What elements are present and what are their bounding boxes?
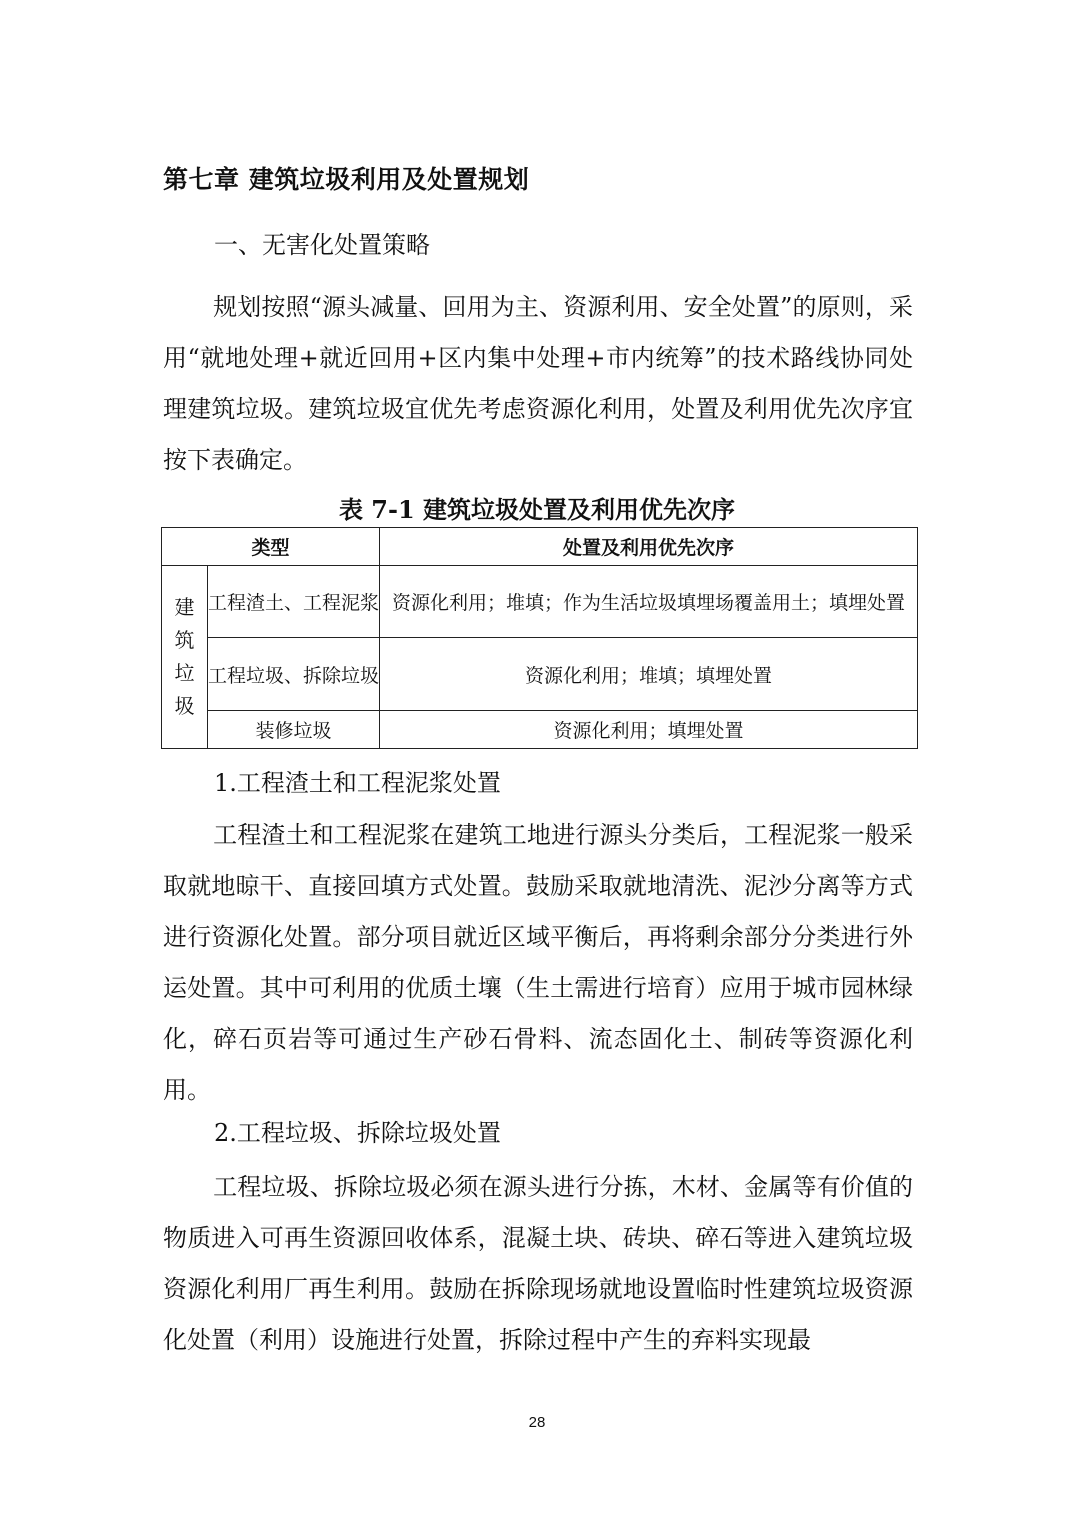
- intro-paragraph: 规划按照“源头减量、回用为主、资源利用、安全处置”的原则，采用“就地处理+就近回…: [163, 282, 913, 486]
- table-group-label: 建筑垃圾: [174, 591, 196, 723]
- page-number: 28: [0, 1414, 1074, 1431]
- subsection-body-1: 工程渣土和工程泥浆在建筑工地进行源头分类后，工程泥浆一般采取就地晾干、直接回填方…: [163, 810, 913, 1116]
- priority-table: 类型 处置及利用优先次序 建筑垃圾 工程渣土、工程泥浆 资源化利用；堆填；作为生…: [161, 527, 918, 749]
- chapter-title: 第七章 建筑垃圾利用及处置规划: [163, 160, 529, 196]
- section-title: 一、无害化处置策略: [214, 225, 430, 260]
- table-cell-type: 装修垃圾: [208, 711, 380, 749]
- table-cell-priority: 资源化利用；堆填；填埋处置: [380, 638, 918, 711]
- table-caption: 表 7-1 建筑垃圾处置及利用优先次序: [0, 490, 1074, 525]
- subsection-title-2: 2.工程垃圾、拆除垃圾处置: [214, 1113, 501, 1148]
- document-page: 第七章 建筑垃圾利用及处置规划 一、无害化处置策略 规划按照“源头减量、回用为主…: [0, 0, 1074, 1520]
- subsection-title-1: 1.工程渣土和工程泥浆处置: [214, 763, 501, 798]
- table-group-cell: 建筑垃圾: [162, 566, 208, 749]
- table-cell-type: 工程渣土、工程泥浆: [208, 566, 380, 638]
- table-cell-type: 工程垃圾、拆除垃圾: [208, 638, 380, 711]
- subsection-body-2: 工程垃圾、拆除垃圾必须在源头进行分拣，木材、金属等有价值的物质进入可再生资源回收…: [163, 1162, 913, 1366]
- subsection-body-1-text: 工程渣土和工程泥浆在建筑工地进行源头分类后，工程泥浆一般采取就地晾干、直接回填方…: [163, 821, 913, 1104]
- table-header-row: 类型 处置及利用优先次序: [162, 528, 918, 566]
- intro-paragraph-text: 规划按照“源头减量、回用为主、资源利用、安全处置”的原则，采用“就地处理+就近回…: [163, 293, 913, 474]
- table-row: 工程垃圾、拆除垃圾 资源化利用；堆填；填埋处置: [162, 638, 918, 711]
- table-cell-priority: 资源化利用；填埋处置: [380, 711, 918, 749]
- table-header-priority: 处置及利用优先次序: [380, 528, 918, 566]
- table-cell-priority: 资源化利用；堆填；作为生活垃圾填埋场覆盖用土；填埋处置: [380, 566, 918, 638]
- table-header-type: 类型: [162, 528, 380, 566]
- table-row: 装修垃圾 资源化利用；填埋处置: [162, 711, 918, 749]
- table-row: 建筑垃圾 工程渣土、工程泥浆 资源化利用；堆填；作为生活垃圾填埋场覆盖用土；填埋…: [162, 566, 918, 638]
- subsection-body-2-text: 工程垃圾、拆除垃圾必须在源头进行分拣，木材、金属等有价值的物质进入可再生资源回收…: [163, 1173, 913, 1354]
